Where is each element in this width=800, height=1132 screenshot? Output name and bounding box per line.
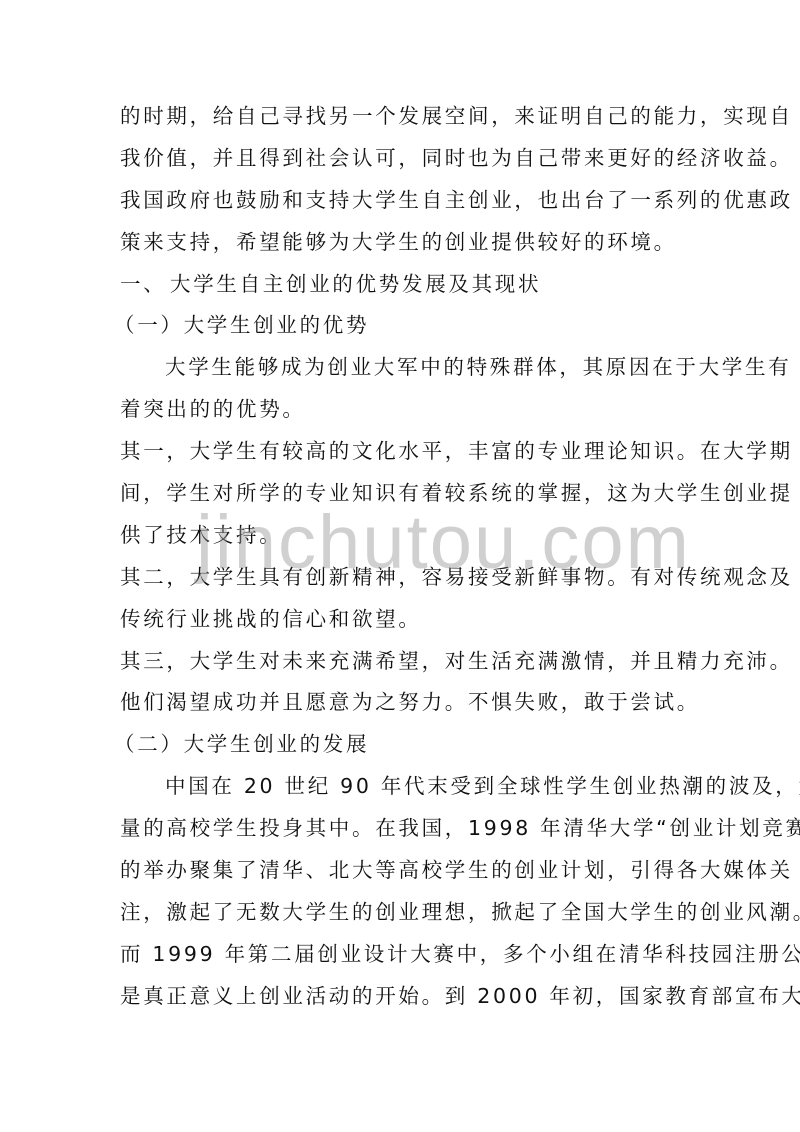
document-body: 的时期，给自己寻找另一个发展空间，来证明自己的能力，实现自 我价值，并且得到社会…	[120, 96, 680, 1018]
paragraph-line: 大学生能够成为创业大军中的特殊群体，其原因在于大学生有	[120, 347, 680, 389]
document-page: 的时期，给自己寻找另一个发展空间，来证明自己的能力，实现自 我价值，并且得到社会…	[0, 0, 800, 1132]
paragraph-line: 我价值，并且得到社会认可，同时也为自己带来更好的经济收益。	[120, 138, 680, 180]
subsection-heading: （一）大学生创业的优势	[114, 305, 680, 347]
paragraph-line: 他们渴望成功并且愿意为之努力。不惧失败，敢于尝试。	[120, 682, 680, 724]
paragraph-line: 是真正意义上创业活动的开始。到 2000 年初，国家教育部宣布大学	[120, 976, 680, 1018]
section-number: 一、	[120, 264, 170, 306]
paragraph-line: 间，学生对所学的专业知识有着较系统的掌握，这为大学生创业提	[120, 473, 680, 515]
section-heading: 一、大学生自主创业的优势发展及其现状	[120, 264, 680, 306]
paragraph-line: 注，激起了无数大学生的创业理想，掀起了全国大学生的创业风潮。	[120, 892, 680, 934]
paragraph-line: 其二，大学生具有创新精神，容易接受新鲜事物。有对传统观念及	[120, 557, 680, 599]
subsection-heading: （二）大学生创业的发展	[114, 724, 680, 766]
paragraph-line: 的时期，给自己寻找另一个发展空间，来证明自己的能力，实现自	[120, 96, 680, 138]
paragraph-line: 策来支持，希望能够为大学生的创业提供较好的环境。	[120, 222, 680, 264]
paragraph-line: 我国政府也鼓励和支持大学生自主创业，也出台了一系列的优惠政	[120, 180, 680, 222]
paragraph-line: 其一，大学生有较高的文化水平，丰富的专业理论知识。在大学期	[120, 431, 680, 473]
paragraph-line: 供了技术支持。	[120, 515, 680, 557]
paragraph-line: 传统行业挑战的信心和欲望。	[120, 599, 680, 641]
paragraph-line: 的举办聚集了清华、北大等高校学生的创业计划，引得各大媒体关	[120, 850, 680, 892]
paragraph-line: 而 1999 年第二届创业设计大赛中，多个小组在清华科技园注册公司	[120, 934, 680, 976]
paragraph-line: 量的高校学生投身其中。在我国，1998 年清华大学“创业计划竞赛”	[120, 808, 680, 850]
paragraph-line: 着突出的的优势。	[120, 389, 680, 431]
section-title: 大学生自主创业的优势发展及其现状	[170, 272, 541, 296]
paragraph-line: 其三，大学生对未来充满希望，对生活充满激情，并且精力充沛。	[120, 641, 680, 683]
paragraph-line: 中国在 20 世纪 90 年代末受到全球性学生创业热潮的波及，大	[120, 766, 680, 808]
